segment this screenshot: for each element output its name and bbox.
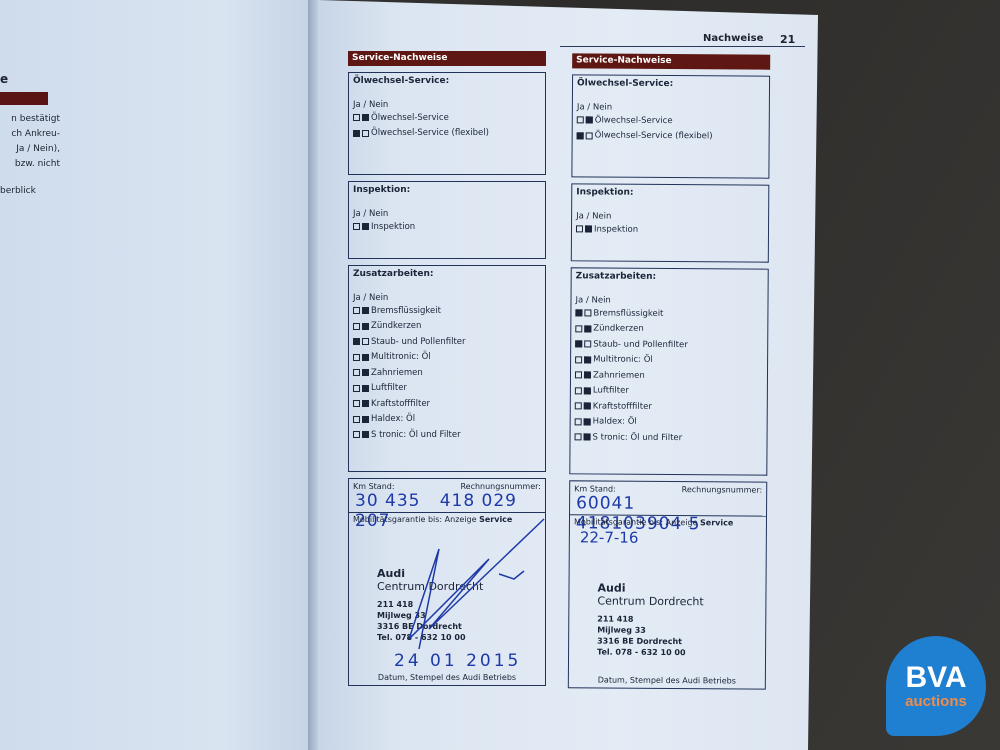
extras-title: Zusatzarbeiten: [576,271,764,282]
nein-checkbox[interactable] [362,323,369,330]
checkbox-row-extra-5: Luftfilter [575,383,763,400]
km-label: Km Stand: [574,484,616,493]
item-label: Staub- und Pollenfilter [371,337,466,347]
bva-auctions-logo: BVA auctions [886,636,986,736]
km-label: Km Stand: [353,482,395,491]
checkbox-row-extra-4: Zahnriemen [353,365,541,381]
oil-service-box: Ölwechsel-Service: Ja / Nein Ölwechsel-S… [348,72,546,175]
ja-checkbox[interactable] [576,226,583,233]
invoice-label: Rechnungsnummer: [460,482,541,491]
nein-checkbox[interactable] [362,223,369,230]
checkbox-row-extra-1: Zündkerzen [575,321,763,338]
item-label: Bremsflüssigkeit [371,306,441,316]
item-label: Staub- und Pollenfilter [593,339,688,350]
nein-checkbox[interactable] [362,130,369,137]
ja-checkbox[interactable] [353,338,360,345]
item-label: Ölwechsel-Service [371,113,449,123]
mileage-stamp-box: Km Stand: Rechnungsnummer: 30 435 418 02… [348,478,546,686]
ja-nein-label: Ja / Nein [353,293,541,303]
item-label: Zündkerzen [371,321,421,331]
service-record-1: Service-Nachweise Ölwechsel-Service: Ja … [348,51,546,692]
ja-checkbox[interactable] [353,323,360,330]
ja-nein-label: Ja / Nein [353,100,541,110]
nein-checkbox[interactable] [585,226,592,233]
item-label: Multitronic: Öl [371,352,431,362]
checkbox-row-insp-0: Inspektion [576,221,764,238]
nein-checkbox[interactable] [584,310,591,317]
item-label: Luftfilter [371,383,407,393]
item-label: Haldex: Öl [593,417,637,427]
checkbox-row-oil-1: Ölwechsel-Service (flexibel) [353,126,541,142]
extra-work-box: Zusatzarbeiten: Ja / Nein Bremsflüssigke… [569,267,768,475]
checkbox-row-extra-3: Multitronic: Öl [353,350,541,366]
ja-checkbox[interactable] [577,132,584,139]
ja-checkbox[interactable] [353,114,360,121]
nein-checkbox[interactable] [584,403,591,410]
item-label: Inspektion [371,222,415,232]
mileage-stamp-box: Km Stand: Rechnungsnummer: 60041 4181039… [568,480,767,689]
checkbox-row-extra-8: S tronic: Öl und Filter [575,429,763,446]
oil-service-box: Ölwechsel-Service: Ja / Nein Ölwechsel-S… [571,74,770,178]
checkbox-row-extra-1: Zündkerzen [353,319,541,335]
nein-checkbox[interactable] [586,132,593,139]
nein-checkbox[interactable] [584,341,591,348]
inspection-title: Inspektion: [576,187,764,198]
item-label: Bremsflüssigkeit [593,308,663,318]
nein-checkbox[interactable] [362,431,369,438]
nein-checkbox[interactable] [362,416,369,423]
page-number: 21 [780,33,795,46]
nein-checkbox[interactable] [584,356,591,363]
service-date: 24 01 2015 [394,651,521,671]
nein-checkbox[interactable] [362,307,369,314]
checkbox-row-extra-8: S tronic: Öl und Filter [353,427,541,443]
ja-checkbox[interactable] [575,403,582,410]
item-label: S tronic: Öl und Filter [593,432,683,443]
section-banner: Service-Nachweise [348,51,546,66]
checkbox-row-insp-0: Inspektion [353,219,541,235]
ja-nein-label: Ja / Nein [576,211,764,222]
checkbox-row-oil-1: Ölwechsel-Service (flexibel) [577,128,765,145]
km-invoice-values: 60041 418103904 5 [570,493,766,516]
inspection-box: Inspektion: Ja / Nein Inspektion [571,183,770,262]
inspection-box: Inspektion: Ja / Nein Inspektion [348,181,546,259]
left-banner [0,92,48,105]
item-label: Ölwechsel-Service [595,115,673,126]
item-label: Kraftstofffilter [371,399,430,409]
item-label: Haldex: Öl [371,414,415,424]
extra-work-box: Zusatzarbeiten: Ja / Nein Bremsflüssigke… [348,265,546,472]
dealer-stamp: Audi Centrum Dordrecht 211 418 Mijlweg 3… [377,567,483,643]
oil-title: Ölwechsel-Service: [577,78,765,89]
ja-checkbox[interactable] [575,325,582,332]
nein-checkbox[interactable] [584,418,591,425]
nein-checkbox[interactable] [584,434,591,441]
ja-checkbox[interactable] [353,431,360,438]
nein-checkbox[interactable] [584,387,591,394]
checkbox-row-oil-0: Ölwechsel-Service [577,112,765,129]
km-value: 30 435 [355,491,420,511]
ja-checkbox[interactable] [577,117,584,124]
left-text: n bestätigt ch Ankreu- Ja / Nein), bzw. … [0,112,60,172]
checkbox-row-oil-0: Ölwechsel-Service [353,110,541,126]
dealer-stamp: Audi Centrum Dordrecht 211 418 Mijlweg 3… [597,582,704,659]
nein-checkbox[interactable] [584,325,591,332]
checkbox-row-extra-0: Bremsflüssigkeit [575,305,763,322]
stamp-footer: Datum, Stempel des Audi Betriebs [569,675,765,685]
nein-checkbox[interactable] [586,117,593,124]
nein-checkbox[interactable] [362,114,369,121]
service-record-2: Service-Nachweise Ölwechsel-Service: Ja … [568,53,770,695]
ja-checkbox[interactable] [575,418,582,425]
checkbox-row-extra-6: Kraftstofffilter [575,398,763,415]
checkbox-row-extra-3: Multitronic: Öl [575,352,763,369]
ja-nein-label: Ja / Nein [575,295,763,306]
left-heading: e [0,72,8,86]
item-label: Zahnriemen [371,368,423,378]
ja-checkbox[interactable] [575,310,582,317]
nein-checkbox[interactable] [362,354,369,361]
km-invoice-values: 30 435 418 029 207 [349,491,545,513]
header-rule [560,46,805,47]
ja-nein-label: Ja / Nein [353,209,541,219]
ja-checkbox[interactable] [575,387,582,394]
checkbox-row-extra-2: Staub- und Pollenfilter [353,334,541,350]
km-value: 60041 [576,493,635,513]
nein-checkbox[interactable] [362,338,369,345]
item-label: Multitronic: Öl [593,355,653,365]
item-label: Ölwechsel-Service (flexibel) [595,131,713,142]
ja-checkbox[interactable] [575,356,582,363]
nein-checkbox[interactable] [362,369,369,376]
item-label: Kraftstofffilter [593,401,652,411]
oil-title: Ölwechsel-Service: [353,76,541,86]
checkbox-row-extra-7: Haldex: Öl [575,414,763,431]
ja-checkbox[interactable] [353,400,360,407]
left-overview: berblick [0,186,36,196]
inspection-title: Inspektion: [353,185,541,195]
stamp-footer: Datum, Stempel des Audi Betriebs [349,673,545,682]
nein-checkbox[interactable] [362,400,369,407]
ja-nein-label: Ja / Nein [577,102,765,113]
invoice-label: Rechnungsnummer: [682,485,763,495]
ja-checkbox[interactable] [353,369,360,376]
ja-checkbox[interactable] [575,372,582,379]
nein-checkbox[interactable] [584,372,591,379]
ja-checkbox[interactable] [575,434,582,441]
item-label: Ölwechsel-Service (flexibel) [371,128,489,138]
item-label: S tronic: Öl und Filter [371,430,461,440]
checkbox-row-extra-4: Zahnriemen [575,367,763,384]
checkbox-row-extra-2: Staub- und Pollenfilter [575,336,763,353]
checkbox-row-extra-7: Haldex: Öl [353,412,541,428]
item-label: Zündkerzen [593,324,643,334]
ja-checkbox[interactable] [353,416,360,423]
nein-checkbox[interactable] [362,385,369,392]
extras-title: Zusatzarbeiten: [353,269,541,279]
left-page: e n bestätigt ch Ankreu- Ja / Nein), bzw… [0,0,318,750]
item-label: Zahnriemen [593,370,645,380]
ja-checkbox[interactable] [353,307,360,314]
section-banner: Service-Nachweise [572,53,770,69]
ja-checkbox[interactable] [575,341,582,348]
page-section-title: Nachweise [703,33,763,44]
checkbox-row-extra-0: Bremsflüssigkeit [353,303,541,319]
item-label: Luftfilter [593,386,629,396]
checkbox-row-extra-5: Luftfilter [353,381,541,397]
checkbox-row-extra-6: Kraftstofffilter [353,396,541,412]
ja-checkbox[interactable] [353,130,360,137]
ja-checkbox[interactable] [353,354,360,361]
ja-checkbox[interactable] [353,385,360,392]
item-label: Inspektion [594,224,638,234]
ja-checkbox[interactable] [353,223,360,230]
